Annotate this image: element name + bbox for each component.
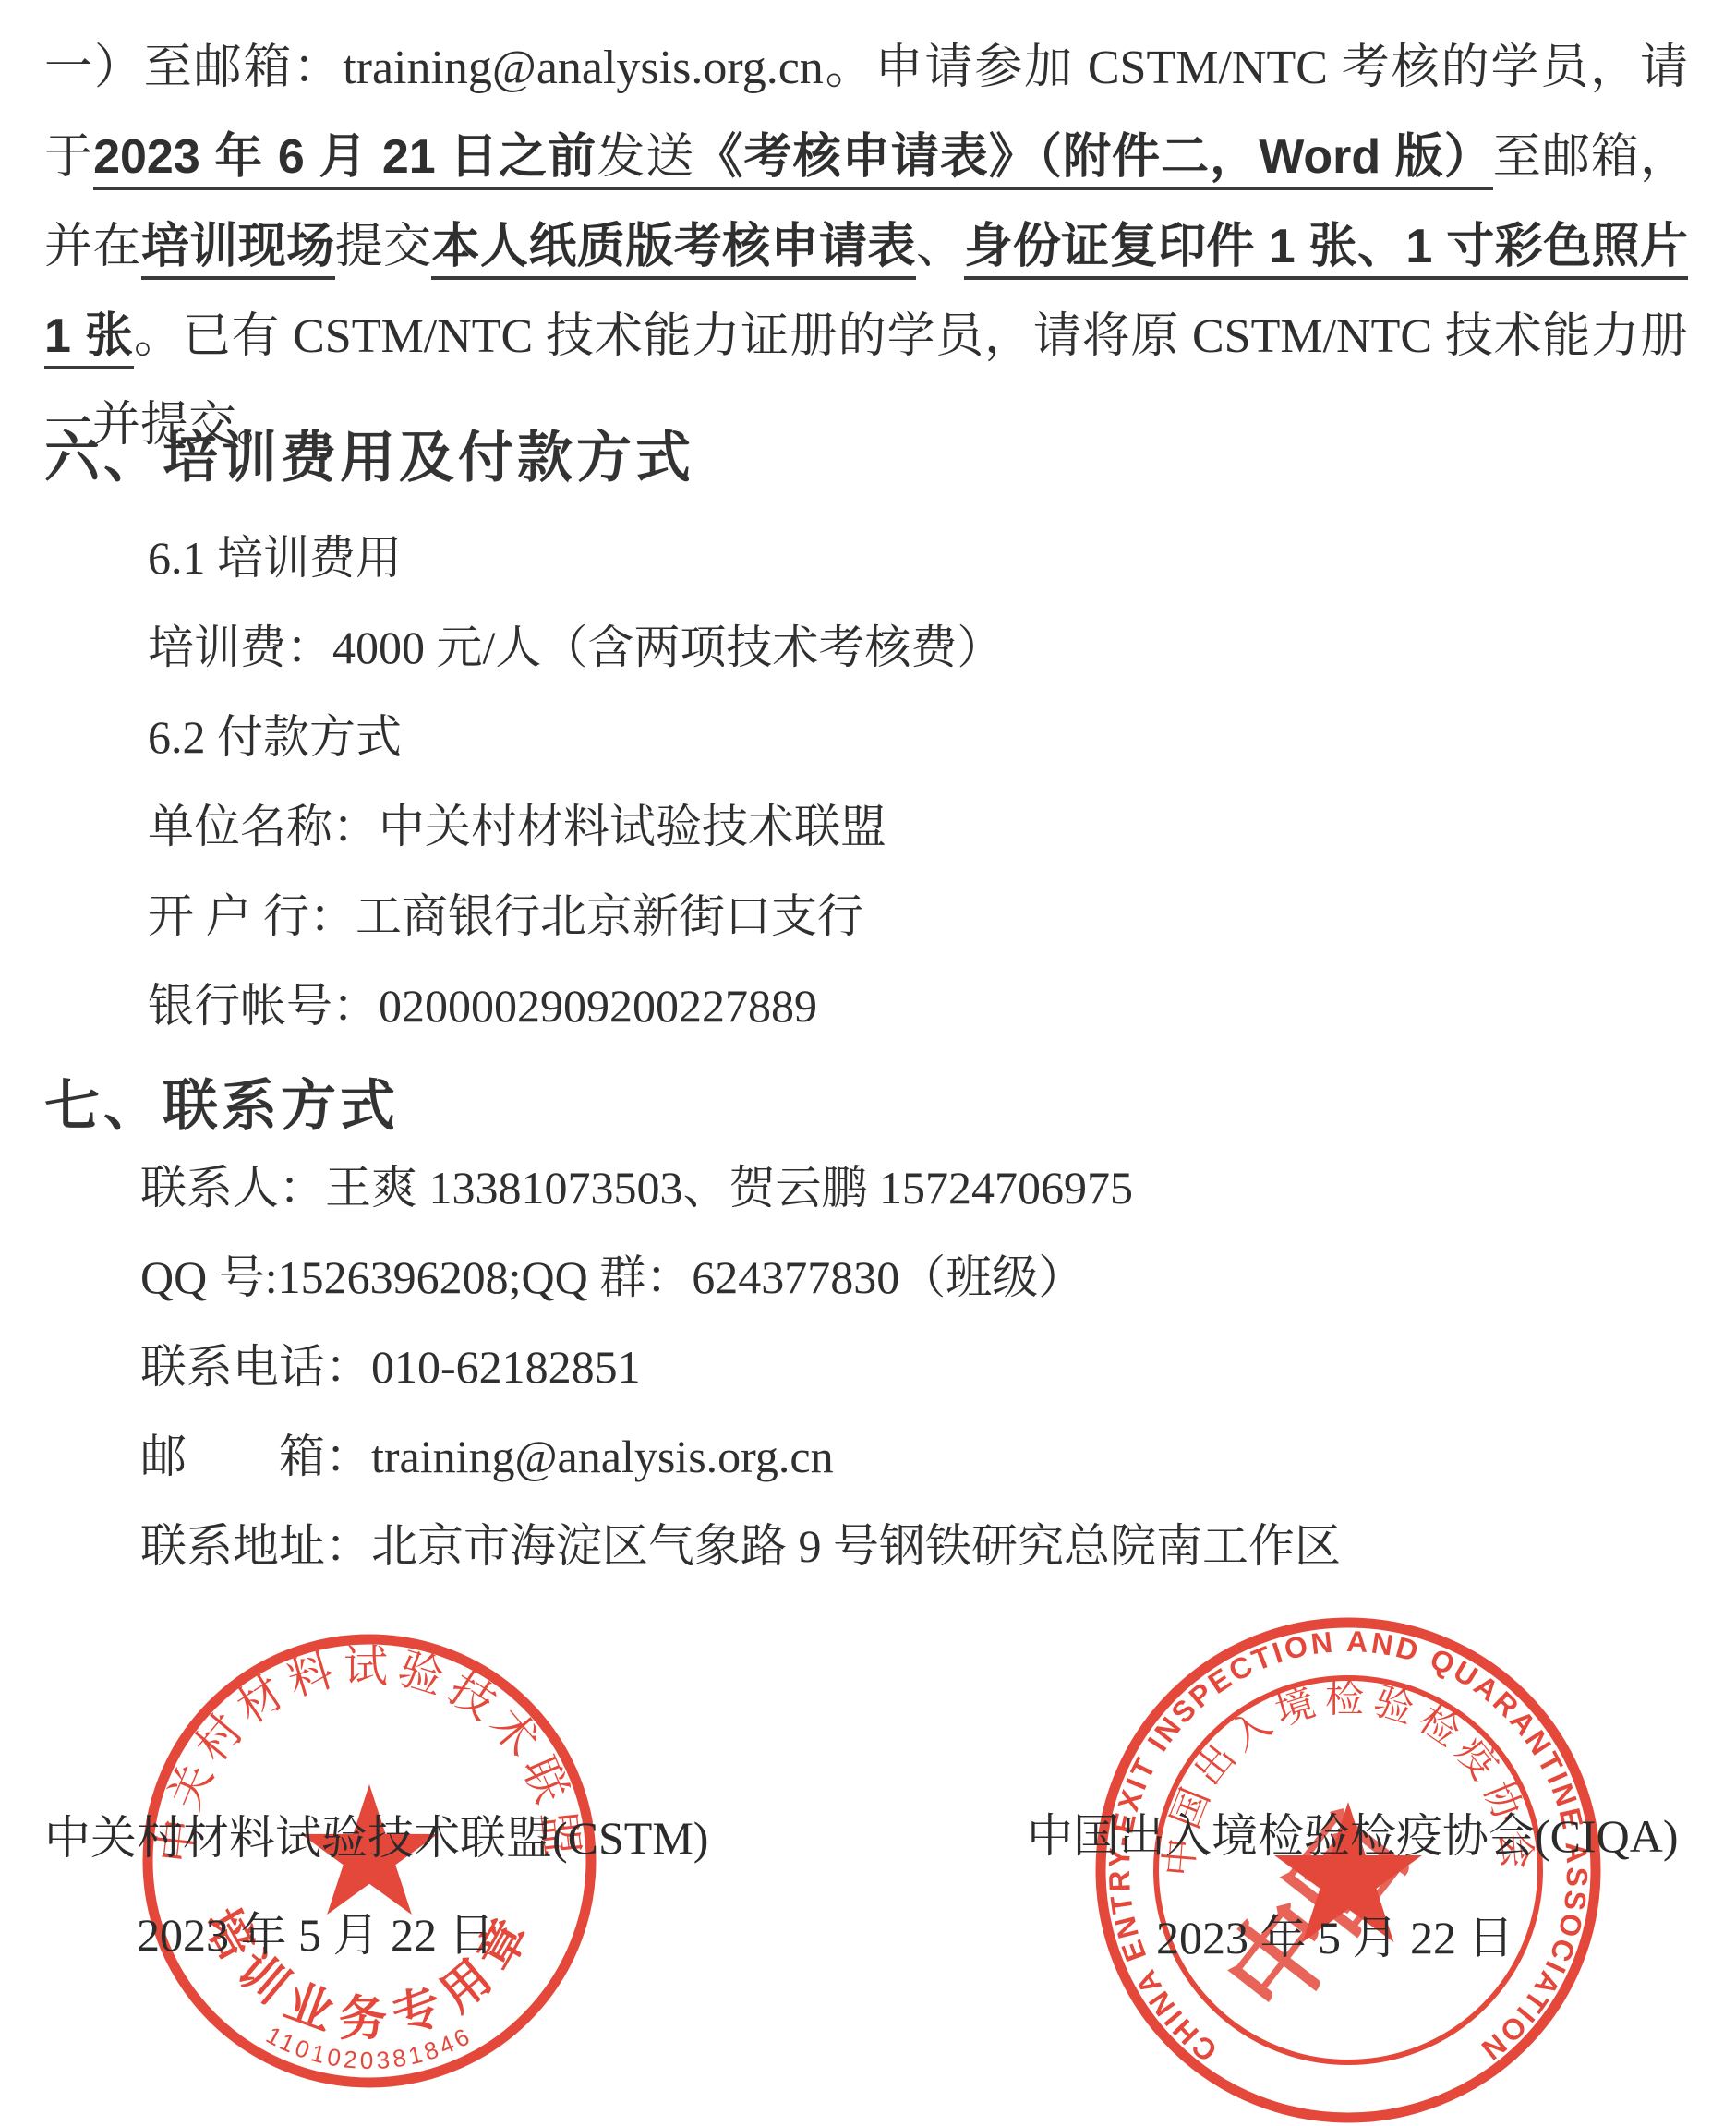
bank-branch-line: 开 户 行：工商银行北京新街口支行: [148, 872, 1003, 961]
bank-account-line: 银行帐号：0200002909200227889: [148, 961, 1003, 1051]
address-line: 联系地址：北京市海淀区气象路 9 号钢铁研究总院南工作区: [140, 1502, 1341, 1591]
section-6-body: 6.1 培训费用 培训费：4000 元/人（含两项技术考核费） 6.2 付款方式…: [148, 513, 1003, 1051]
fee-amount-line: 培训费：4000 元/人（含两项技术考核费）: [148, 603, 1003, 693]
text-run-bold-underline: 培训现场: [141, 220, 335, 280]
text-run-bold-underline: 本人纸质版考核申请表: [431, 220, 915, 280]
payment-subheading: 6.2 付款方式: [148, 693, 1003, 782]
cstm-seal: 中关村材料试验技术联盟 培训业务专用章 1101020381846: [129, 1625, 609, 2126]
qq-line: QQ 号:1526396208;QQ 群：624377830（班级）: [140, 1233, 1341, 1323]
section-7-heading: 七、联系方式: [44, 1062, 399, 1142]
intro-paragraph: 一）至邮箱：training@analysis.org.cn。申请参加 CSTM…: [44, 24, 1688, 470]
email-line: 邮 箱：training@analysis.org.cn: [140, 1412, 1341, 1502]
text-run-underline: 发送: [597, 131, 694, 190]
text-run-bold-underline: 《考核申请表》（附件二，Word 版）: [694, 130, 1492, 190]
text-run-bold-underline: 2023 年 6 月 21 日之前: [93, 130, 597, 190]
phone-line: 联系电话：010-62182851: [140, 1323, 1341, 1412]
signature-date-left: 2023 年 5 月 22 日: [137, 1898, 495, 1964]
document-page: 一）至邮箱：training@analysis.org.cn。申请参加 CSTM…: [0, 0, 1736, 2126]
text-run: 、: [916, 221, 964, 273]
contact-person-line: 联系人：王爽 13381073503、贺云鹏 15724706975: [140, 1143, 1341, 1233]
section-7-body: 联系人：王爽 13381073503、贺云鹏 15724706975 QQ 号:…: [140, 1143, 1341, 1591]
signature-org-right: 中国出入境检验检疫协会(CIQA): [1027, 1799, 1679, 1866]
account-name-line: 单位名称：中关村材料试验技术联盟: [148, 782, 1003, 872]
text-run: 提交: [335, 221, 432, 273]
signature-org-left: 中关村材料试验技术联盟(CSTM): [44, 1801, 708, 1867]
fee-subheading: 6.1 培训费用: [148, 513, 1003, 603]
section-6-heading: 六、培训费用及付款方式: [44, 414, 694, 493]
signature-date-right: 2023 年 5 月 22 日: [1156, 1901, 1514, 1967]
